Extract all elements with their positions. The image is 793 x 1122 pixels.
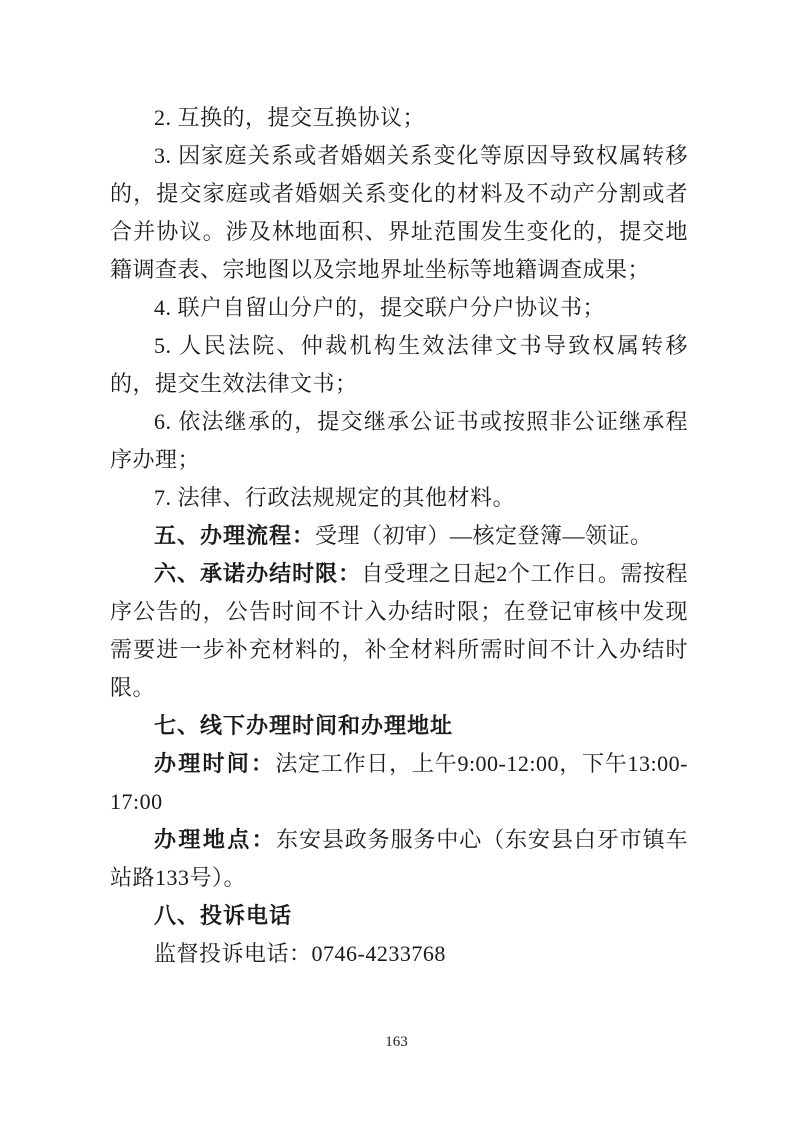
section-5-process-label: 五、办理流程： — [154, 523, 315, 548]
list-item-3: 3. 因家庭关系或者婚姻关系变化等原因导致权属转移的，提交家庭或者婚姻关系变化的… — [110, 137, 688, 289]
section-5-process: 五、办理流程：受理（初审）—核定登簿—领证。 — [110, 517, 688, 555]
section-7-heading: 七、线下办理时间和办理地址 — [110, 707, 688, 745]
list-item-6: 6. 依法继承的，提交继承公证书或按照非公证继承程序办理； — [110, 403, 688, 479]
section-6-deadline-label: 六、承诺办结时限： — [154, 561, 361, 586]
section-6-deadline: 六、承诺办结时限：自受理之日起2个工作日。需按程序公告的，公告时间不计入办结时限… — [110, 555, 688, 707]
section-5-process-text: 受理（初审）—核定登簿—领证。 — [315, 523, 653, 548]
office-address: 办理地点：东安县政务服务中心（东安县白牙市镇车站路133号）。 — [110, 821, 688, 897]
page-footer: 163 — [0, 1034, 793, 1051]
complaint-phone-line: 监督投诉电话：0746-4233768 — [110, 935, 688, 973]
page-number: 163 — [385, 1034, 408, 1050]
list-item-4: 4. 联户自留山分户的，提交联户分户协议书； — [110, 289, 688, 327]
office-hours: 办理时间：法定工作日，上午9:00-12:00，下午13:00-17:00 — [110, 745, 688, 821]
office-hours-label: 办理时间： — [154, 751, 275, 776]
list-item-5: 5. 人民法院、仲裁机构生效法律文书导致权属转移的，提交生效法律文书； — [110, 327, 688, 403]
office-address-label: 办理地点： — [154, 827, 276, 852]
list-item-2: 2. 互换的，提交互换协议； — [110, 99, 688, 137]
list-item-7: 7. 法律、行政法规规定的其他材料。 — [110, 479, 688, 517]
section-8-heading: 八、投诉电话 — [110, 897, 688, 935]
document-body: 2. 互换的，提交互换协议； 3. 因家庭关系或者婚姻关系变化等原因导致权属转移… — [110, 99, 688, 973]
